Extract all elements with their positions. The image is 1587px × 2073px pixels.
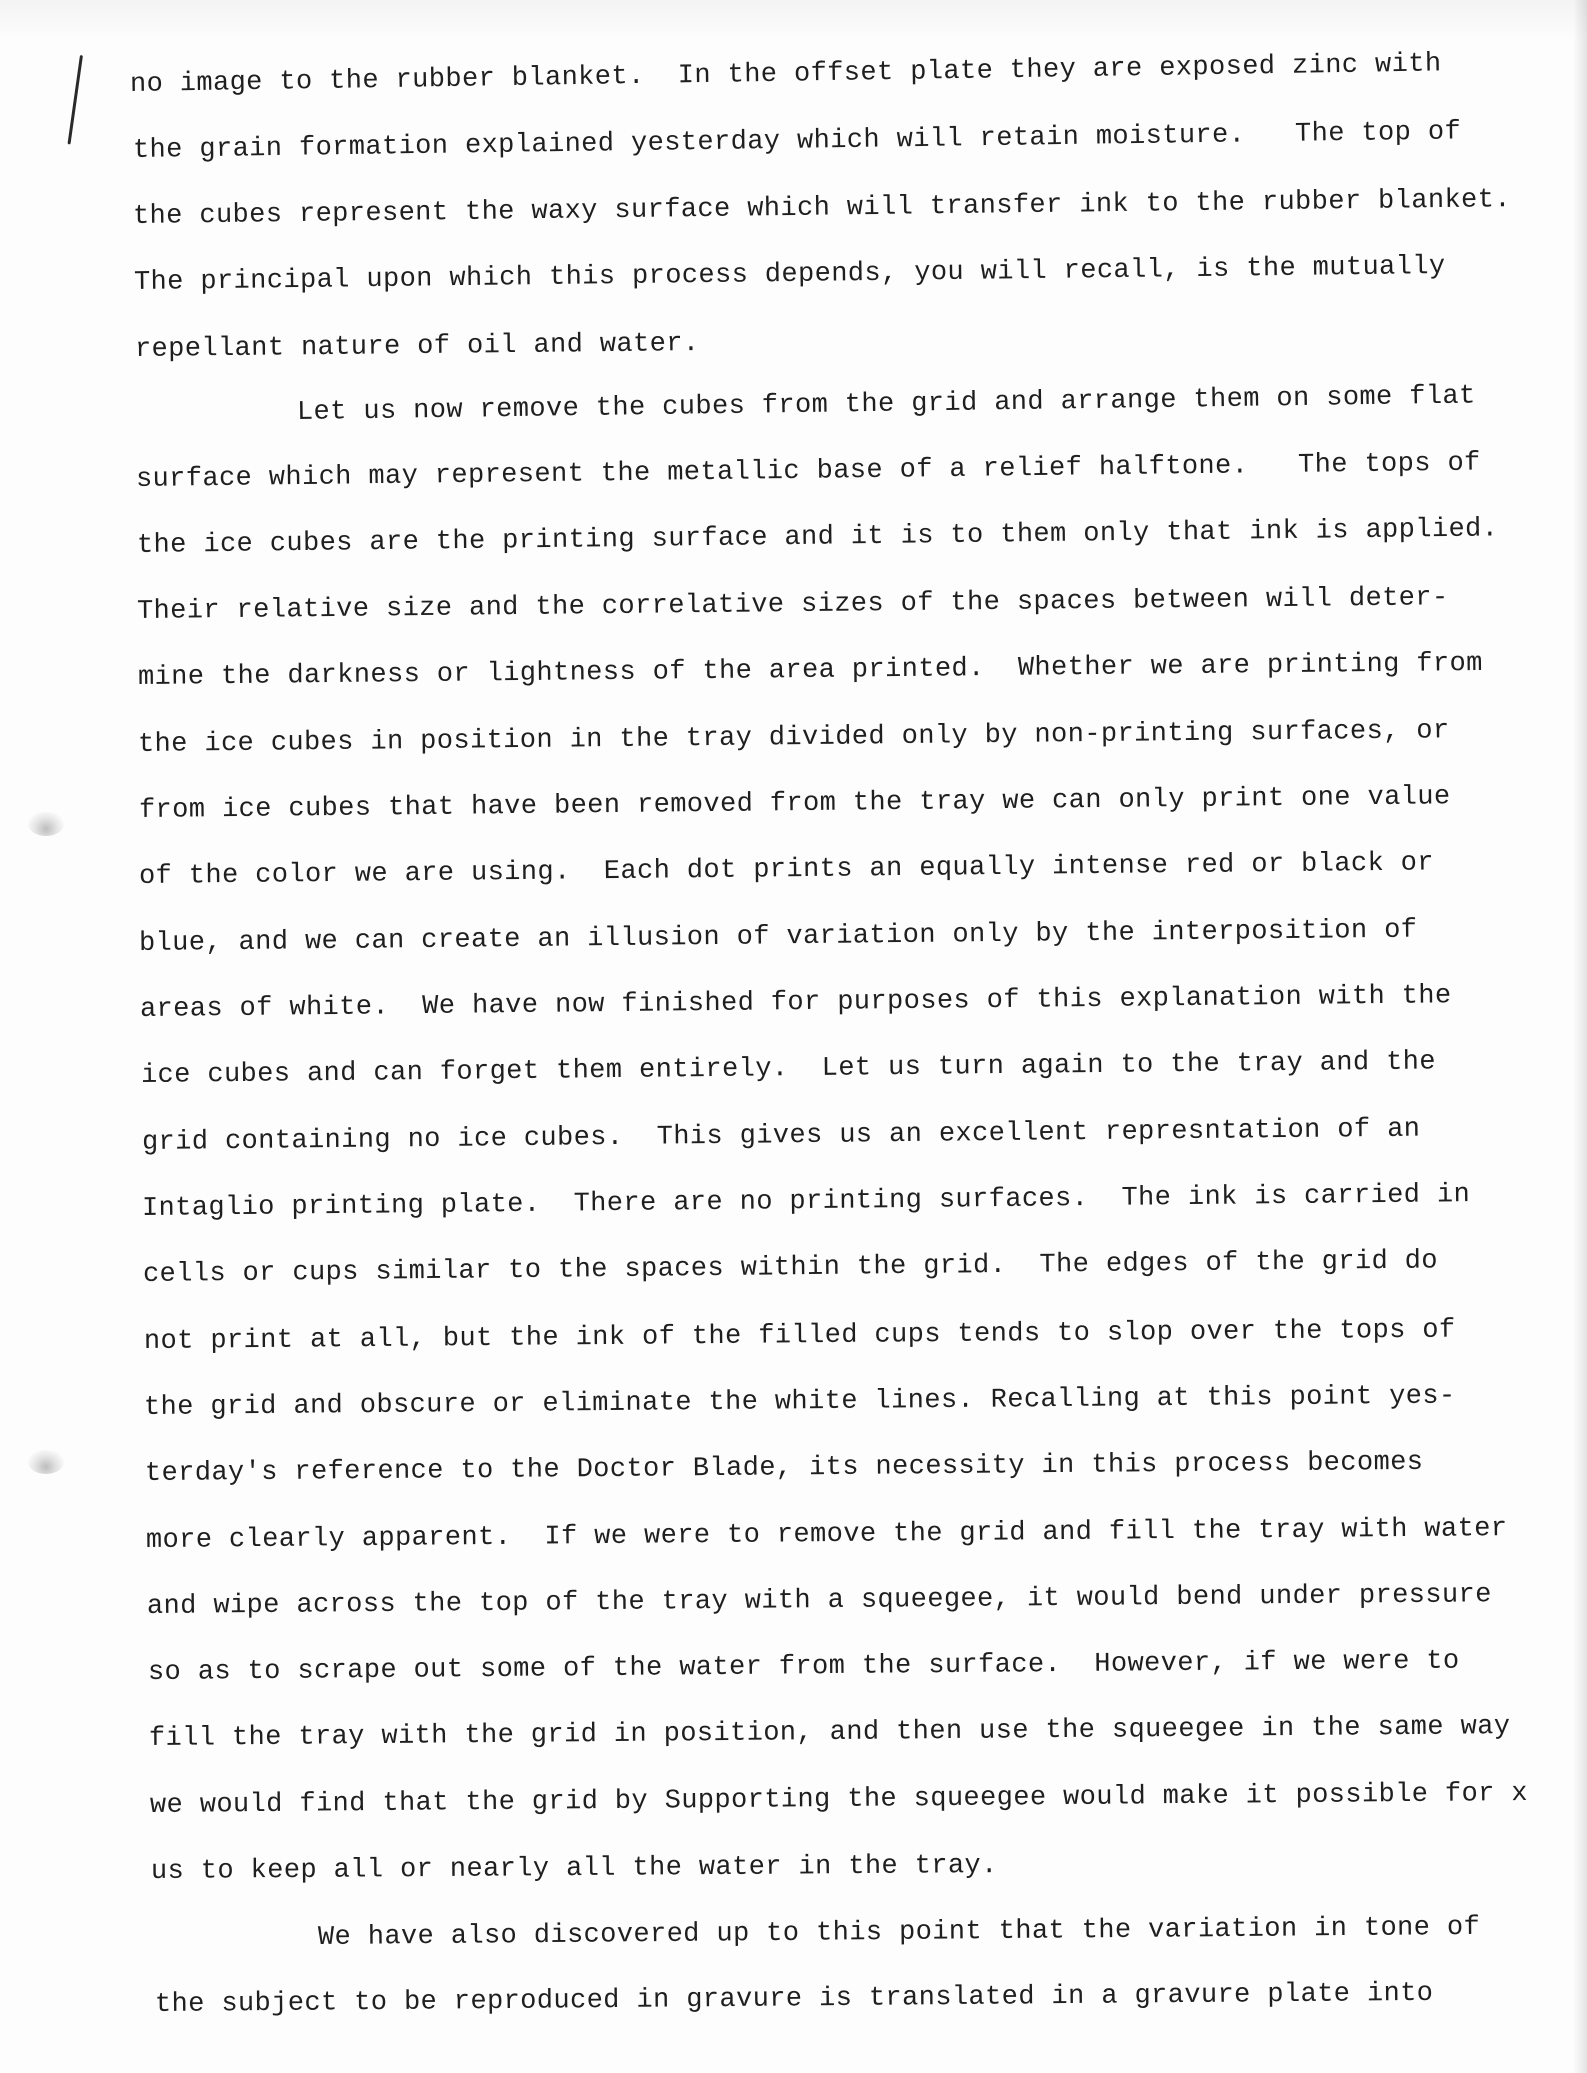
text-line: Intaglio printing plate. There are no pr…: [142, 1180, 1470, 1224]
text-line: of the color we are using. Each dot prin…: [139, 848, 1434, 892]
text-line: The principal upon which this process de…: [134, 252, 1446, 298]
text-line: areas of white. We have now finished for…: [140, 981, 1452, 1025]
text-line: the ice cubes are the printing surface a…: [137, 514, 1499, 561]
text-line: grid containing no ice cubes. This gives…: [142, 1115, 1421, 1158]
margin-pencil-mark: [67, 55, 82, 145]
text-line: no image to the rubber blanket. In the o…: [130, 49, 1442, 100]
page-edge-shadow-right: [1573, 0, 1587, 2073]
text-line: from ice cubes that have been removed fr…: [139, 782, 1451, 826]
text-line: Their relative size and the correlative …: [137, 583, 1449, 627]
punch-hole-icon: [28, 1450, 64, 1474]
text-line: surface which may represent the metallic…: [136, 449, 1481, 495]
text-line: blue, and we can create an illusion of v…: [139, 916, 1418, 959]
text-line: terday's reference to the Doctor Blade, …: [145, 1448, 1424, 1489]
punch-hole-icon: [28, 812, 64, 836]
text-line: the subject to be reproduced in gravure …: [155, 1979, 1434, 2020]
text-line: Let us now remove the cubes from the gri…: [297, 382, 1476, 428]
text-line: the grain formation explained yesterday …: [133, 117, 1462, 166]
text-line: We have also discovered up to this point…: [318, 1913, 1480, 1953]
text-line: fill the tray with the grid in position,…: [149, 1712, 1511, 1754]
text-line: more clearly apparent. If we were to rem…: [146, 1514, 1508, 1556]
text-line: us to keep all or nearly all the water i…: [151, 1851, 998, 1887]
text-line: and wipe across the top of the tray with…: [147, 1580, 1492, 1622]
text-line: ice cubes and can forget them entirely. …: [141, 1047, 1436, 1091]
text-line: not print at all, but the ink of the fil…: [144, 1316, 1456, 1357]
page-edge-shadow-top: [0, 0, 1587, 40]
text-line: the cubes represent the waxy surface whi…: [133, 185, 1511, 232]
typewritten-page: no image to the rubber blanket. In the o…: [0, 0, 1587, 2073]
text-line: cells or cups similar to the spaces with…: [143, 1246, 1438, 1290]
text-line: so as to scrape out some of the water fr…: [148, 1647, 1460, 1688]
text-line: repellant nature of oil and water.: [135, 329, 700, 365]
text-line: mine the darkness or lightness of the ar…: [138, 649, 1483, 693]
text-line: the grid and obscure or eliminate the wh…: [144, 1382, 1456, 1423]
text-line: the ice cubes in position in the tray di…: [138, 716, 1450, 760]
text-line: we would find that the grid by Supportin…: [150, 1779, 1528, 1821]
